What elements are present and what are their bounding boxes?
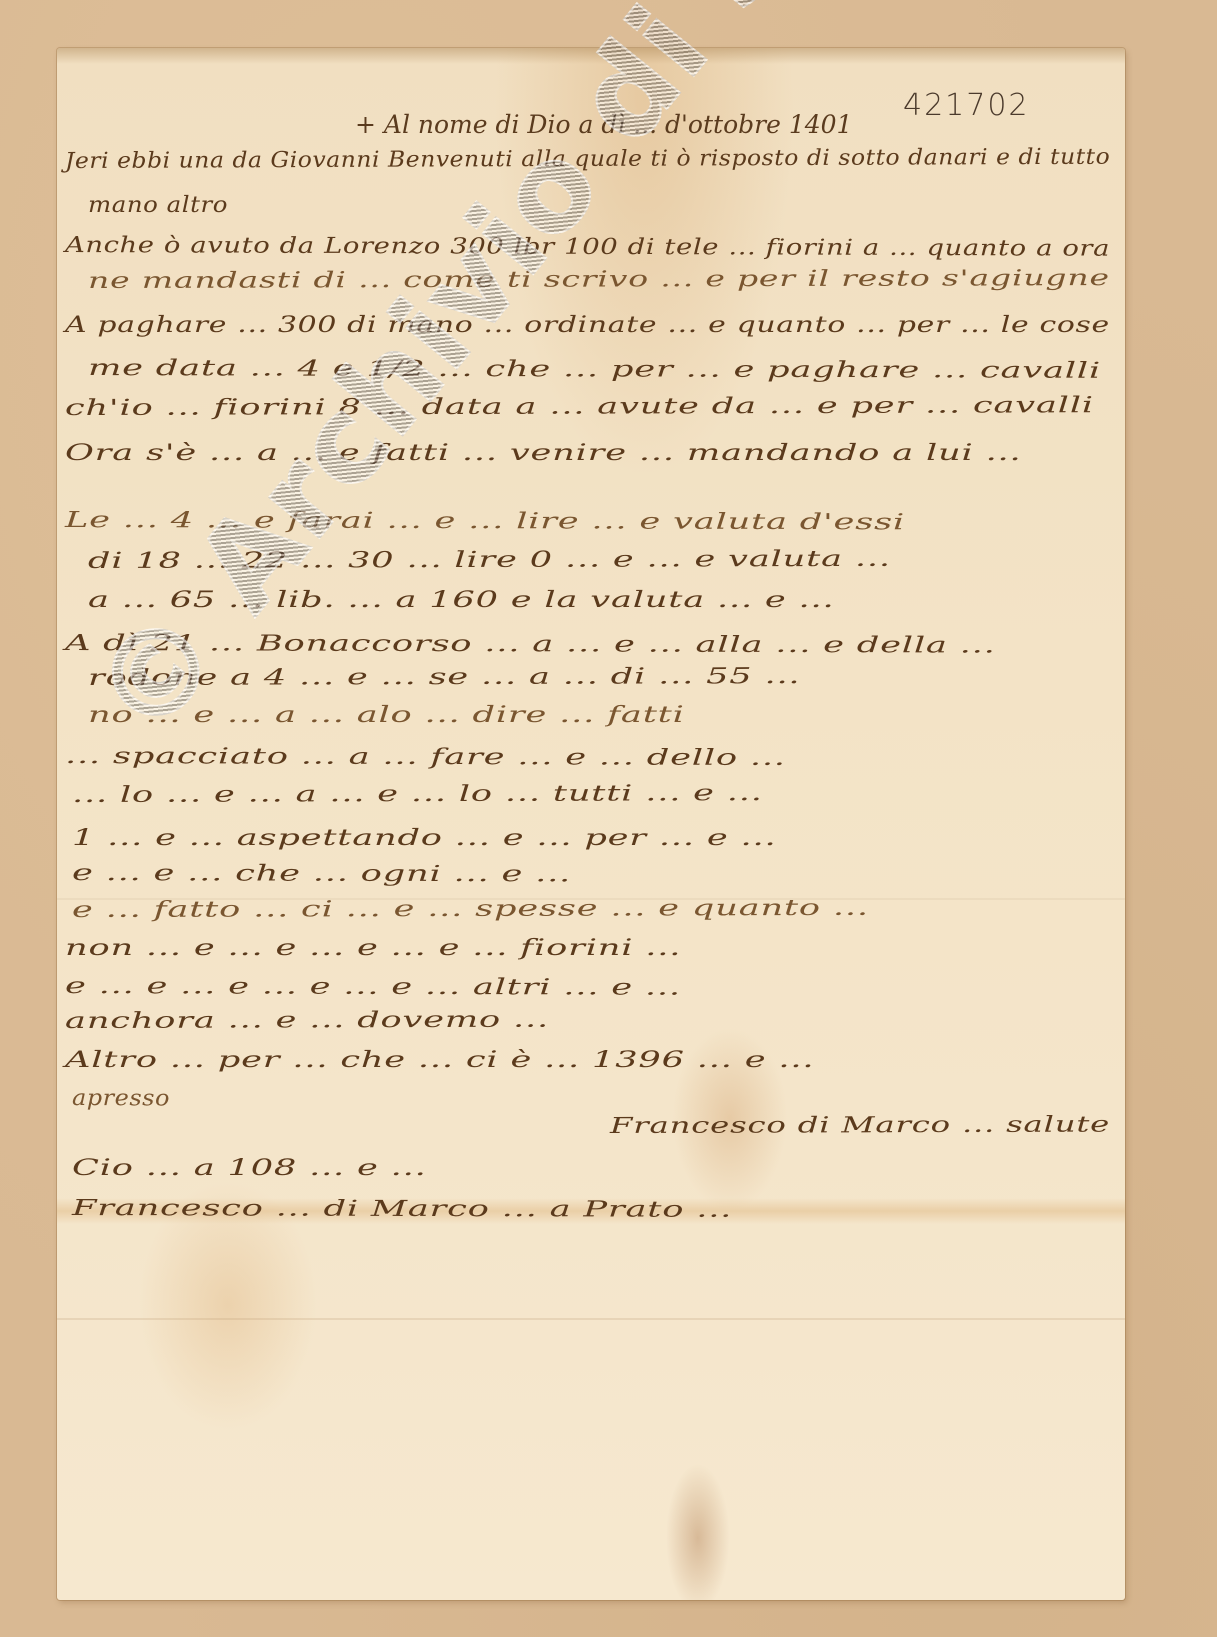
handwritten-line: Jeri ebbi una da Giovanni Benvenuti alla…: [65, 145, 1110, 174]
handwritten-line: A dì 21 ... Bonaccorso ... a ... e ... a…: [65, 631, 996, 659]
handwritten-line: e ... fatto ... ci ... e ... spesse ... …: [72, 896, 869, 923]
handwritten-line: a ... 65 ... lib. ... a 160 e la valuta …: [88, 588, 835, 613]
handwritten-line: non ... e ... e ... e ... e ... fiorini …: [65, 936, 681, 961]
handwritten-line: me data ... 4 e 1/2 ... che ... per ... …: [88, 356, 1101, 384]
handwritten-line: apresso: [72, 1086, 170, 1111]
handwritten-line: Anche ò avuto da Lorenzo 300 lbr 100 di …: [65, 233, 1110, 262]
header-invocation-line: + Al nome di Dio a dì ... d'ottobre 1401: [355, 110, 852, 139]
handwritten-line: ... spacciato ... a ... fare ... e ... d…: [65, 744, 786, 771]
handwritten-line: no ... e ... a ... alo ... dire ... fatt…: [88, 703, 685, 728]
handwritten-line: e ... e ... e ... e ... e ... altri ... …: [65, 974, 681, 1001]
handwritten-line: Altro ... per ... che ... ci è ... 1396 …: [65, 1048, 814, 1073]
handwritten-line: Francesco ... di Marco ... a Prato ...: [72, 1196, 732, 1223]
handwritten-line: ... lo ... e ... a ... e ... lo ... tutt…: [72, 781, 763, 808]
handwritten-line: Francesco di Marco ... salute: [610, 1113, 1110, 1139]
handwritten-line: anchora ... e ... dovemo ...: [65, 1008, 549, 1034]
handwritten-line: Cio ... a 108 ... e ...: [72, 1156, 427, 1181]
handwritten-line: di 18 ... 22 ... 30 ... lire 0 ... e ...…: [88, 547, 891, 574]
handwritten-line: rodone a 4 ... e ... se ... a ... di ...…: [88, 664, 801, 691]
handwritten-line: Ora s'è ... a ... e fatti ... venire ...…: [65, 441, 1022, 466]
handwritten-line: ch'io ... fiorini 8 ... data a ... avute…: [65, 393, 1094, 421]
handwritten-line: ne mandasti di ... come ti scrivo ... e …: [88, 266, 1110, 294]
handwritten-line: e ... e ... che ... ogni ... e ...: [72, 861, 571, 887]
catalog-number: 421702: [903, 88, 1030, 123]
handwritten-line: Le ... 4 ... e farai ... e ... lire ... …: [65, 508, 905, 535]
handwritten-line: mano altro: [88, 193, 228, 218]
handwritten-line: A paghare ... 300 di mano ... ordinate .…: [65, 313, 1110, 338]
fold-crease: [57, 1318, 1125, 1320]
handwritten-line: 1 ... e ... aspettando ... e ... per ...…: [72, 826, 776, 851]
